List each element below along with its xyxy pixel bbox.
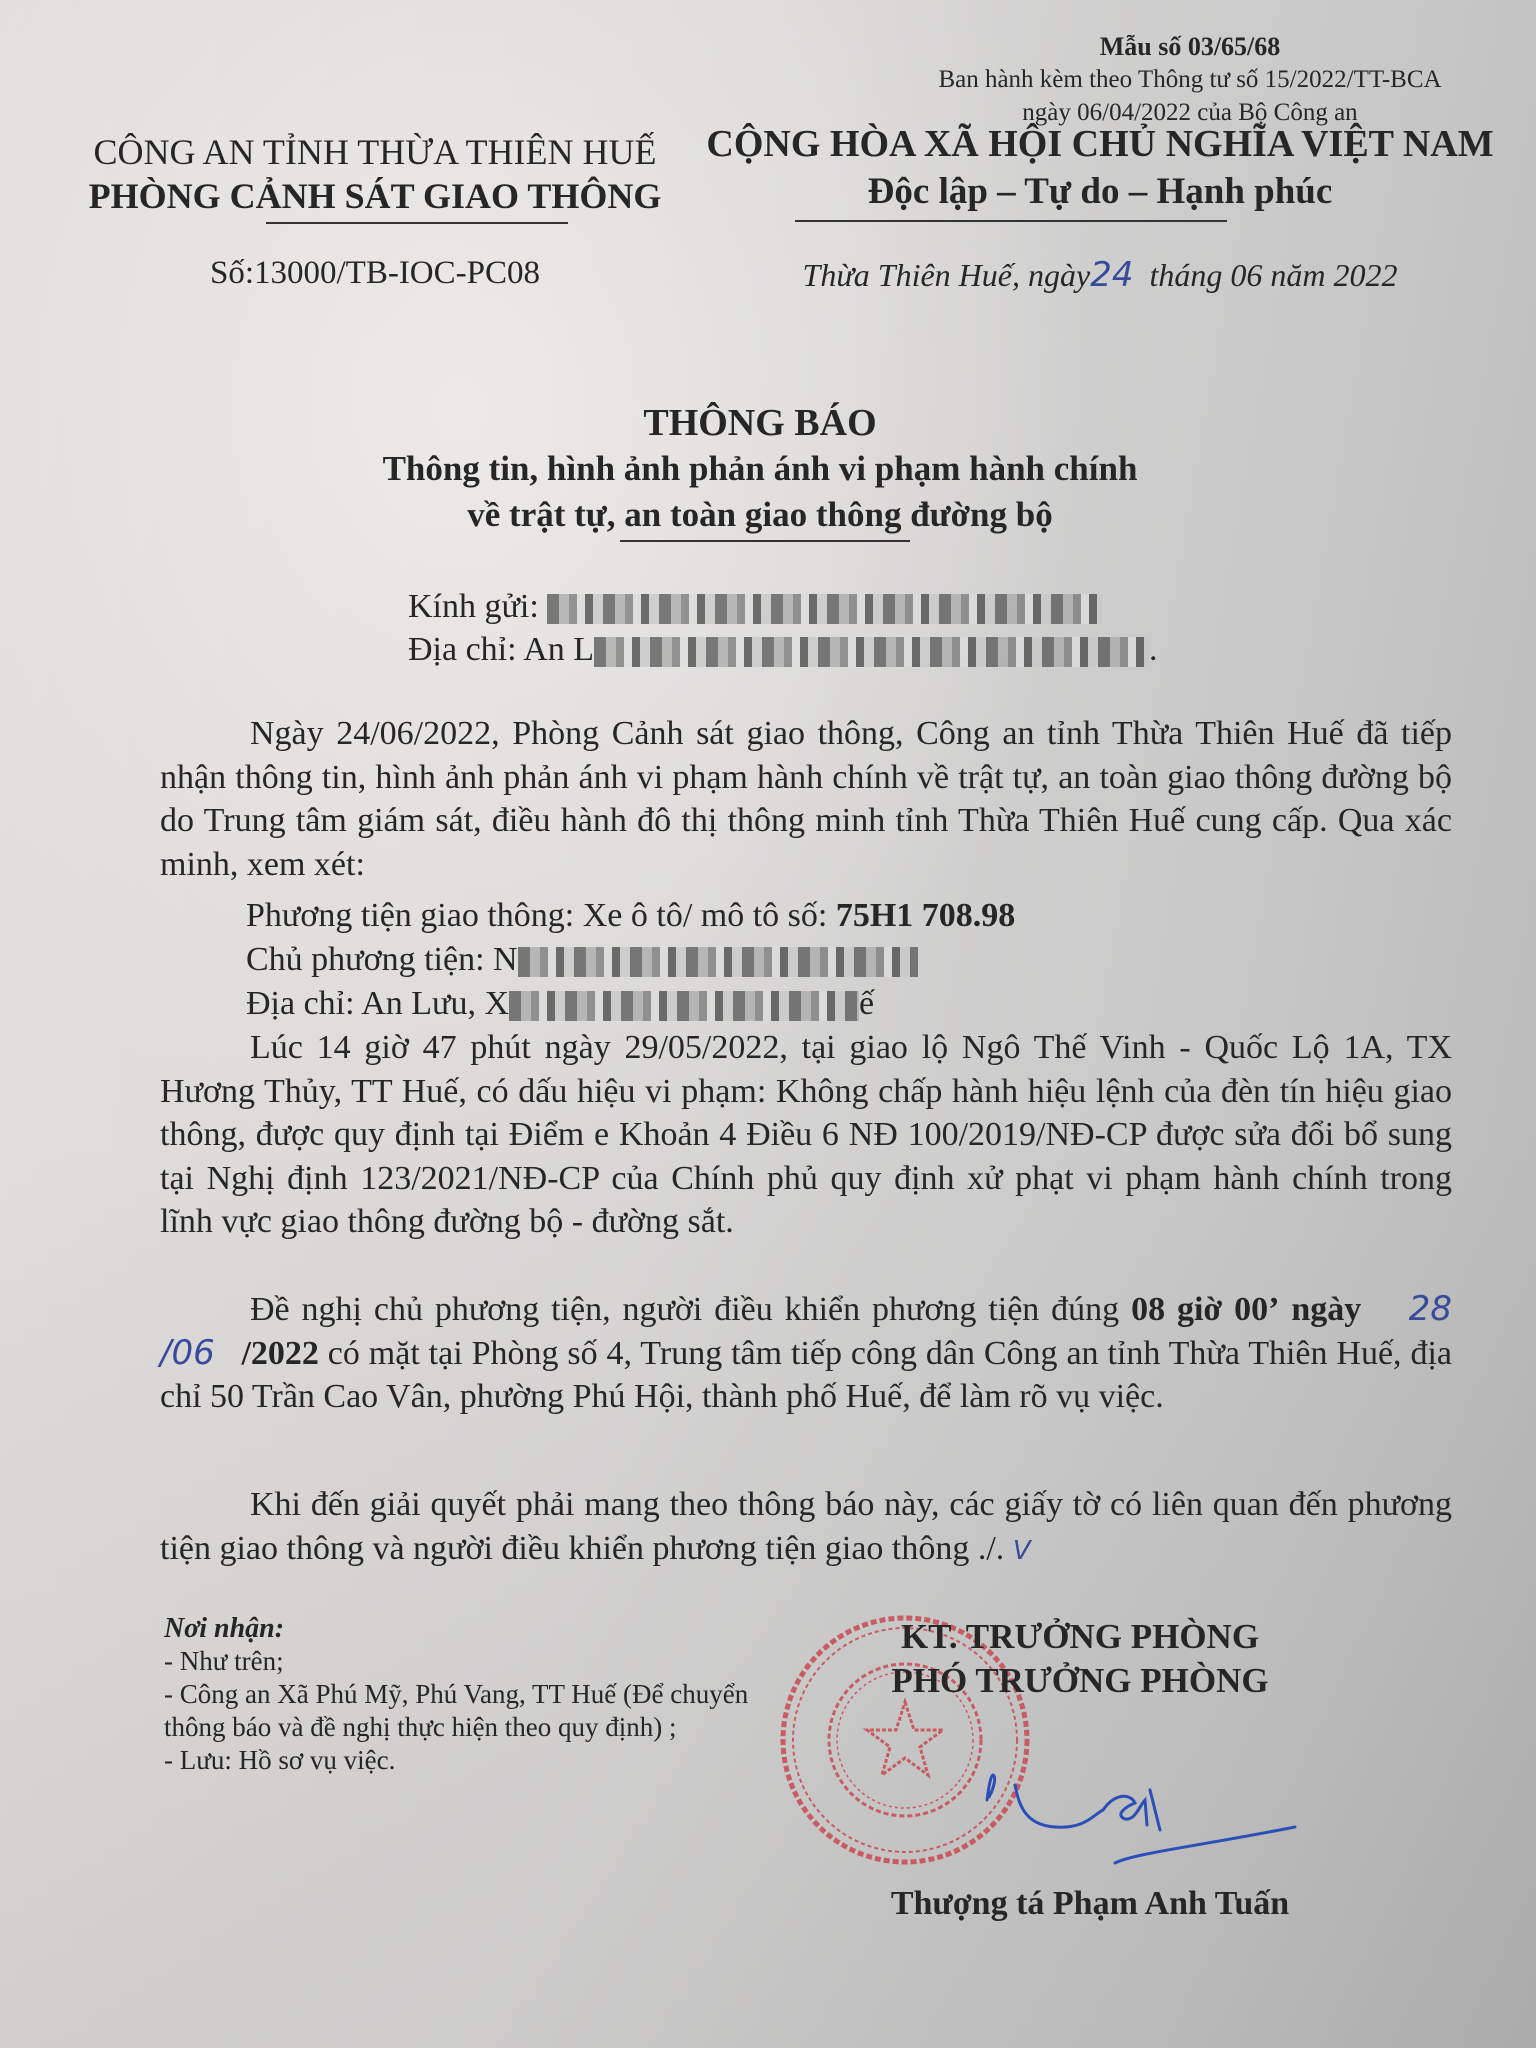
vehicle-line: Phương tiện giao thông: Xe ô tô/ mô tô s… bbox=[246, 894, 1446, 938]
nation-motto: Độc lập – Tự do – Hạnh phúc bbox=[700, 168, 1500, 216]
recipients-heading: Nơi nhận: bbox=[164, 1612, 774, 1645]
agency-parent: CÔNG AN TỈNH THỪA THIÊN HUẾ bbox=[70, 130, 680, 174]
recipient-address-label: Địa chỉ: bbox=[408, 631, 517, 668]
date-prefix: Thừa Thiên Huế, ngày bbox=[803, 257, 1091, 293]
form-number: Mẫu số 03/65/68 bbox=[880, 30, 1500, 63]
request-paragraph: Đề nghị chủ phương tiện, người điều khiể… bbox=[160, 1288, 1452, 1419]
redacted-owner-name bbox=[518, 947, 918, 977]
signature-title-1: KT. TRƯỞNG PHÒNG bbox=[800, 1615, 1360, 1659]
motto-underline bbox=[795, 220, 1227, 222]
agency-underline bbox=[266, 222, 568, 224]
title-underline bbox=[620, 540, 910, 542]
request-time: 08 giờ 00’ bbox=[1131, 1291, 1279, 1328]
request-day-label: ngày bbox=[1291, 1291, 1361, 1328]
signature-title: KT. TRƯỞNG PHÒNG PHÓ TRƯỞNG PHÒNG bbox=[800, 1615, 1360, 1703]
title-subtitle-1: Thông tin, hình ảnh phản ánh vi phạm hàn… bbox=[300, 446, 1220, 492]
date-suffix: tháng 06 năm 2022 bbox=[1149, 257, 1397, 293]
recipients-item: - Công an Xã Phú Mỹ, Phú Vang, TT Huế (Đ… bbox=[164, 1678, 774, 1744]
owner-address-start: An Lưu, X bbox=[361, 985, 509, 1022]
owner-address-line: Địa chỉ: An Lưu, Xế bbox=[246, 982, 1446, 1026]
form-note: Mẫu số 03/65/68 Ban hành kèm theo Thông … bbox=[880, 30, 1500, 129]
document-number: Số:13000/TB-IOC-PC08 bbox=[70, 255, 680, 292]
owner-line: Chủ phương tiện: N bbox=[246, 938, 1446, 982]
recipients-list: Nơi nhận: - Như trên; - Công an Xã Phú M… bbox=[164, 1612, 774, 1777]
recipient-to: Kính gửi: bbox=[408, 585, 1208, 628]
request-day-handwritten: 28 bbox=[1409, 1289, 1452, 1329]
vehicle-plate: 75H1 708.98 bbox=[836, 897, 1015, 934]
owner-address-label: Địa chỉ: bbox=[246, 985, 355, 1022]
intro-paragraph: Ngày 24/06/2022, Phòng Cảnh sát giao thô… bbox=[160, 712, 1452, 886]
closing-initial-handwritten: V bbox=[1013, 1536, 1031, 1566]
date-day-handwritten: 24 bbox=[1090, 255, 1133, 295]
request-month-handwritten: /06 bbox=[160, 1333, 215, 1373]
owner-address-end: ế bbox=[859, 985, 874, 1022]
closing-text: Khi đến giải quyết phải mang theo thông … bbox=[160, 1486, 1452, 1567]
recipient-address-start: An L bbox=[523, 631, 594, 668]
issue-date: Thừa Thiên Huế, ngày24 tháng 06 năm 2022 bbox=[700, 255, 1500, 295]
signer-name: Thượng tá Phạm Anh Tuấn bbox=[820, 1885, 1360, 1923]
title-main: THÔNG BÁO bbox=[300, 400, 1220, 446]
request-year: /2022 bbox=[241, 1335, 318, 1372]
violation-paragraph: Lúc 14 giờ 47 phút ngày 29/05/2022, tại … bbox=[160, 1026, 1452, 1244]
document-title: THÔNG BÁO Thông tin, hình ảnh phản ánh v… bbox=[300, 400, 1220, 538]
handwritten-signature-icon bbox=[975, 1745, 1305, 1865]
recipient-to-label: Kính gửi: bbox=[408, 588, 539, 625]
agency-header: CÔNG AN TỈNH THỪA THIÊN HUẾ PHÒNG CẢNH S… bbox=[70, 130, 680, 218]
title-subtitle-2: về trật tự, an toàn giao thông đường bộ bbox=[300, 492, 1220, 538]
redacted-recipient-address bbox=[594, 637, 1149, 667]
nation-name: CỘNG HÒA XÃ HỘI CHỦ NGHĨA VIỆT NAM bbox=[700, 120, 1500, 168]
redacted-owner-address bbox=[509, 991, 859, 1021]
recipient-address-end: . bbox=[1149, 631, 1158, 668]
closing-paragraph: Khi đến giải quyết phải mang theo thông … bbox=[160, 1483, 1452, 1573]
form-issued-with: Ban hành kèm theo Thông tư số 15/2022/TT… bbox=[880, 63, 1500, 96]
request-text-2: có mặt tại Phòng số 4, Trung tâm tiếp cô… bbox=[160, 1335, 1452, 1416]
owner-start: N bbox=[493, 941, 518, 978]
recipients-item: - Lưu: Hồ sơ vụ việc. bbox=[164, 1744, 774, 1777]
signature-title-2: PHÓ TRƯỞNG PHÒNG bbox=[800, 1659, 1360, 1703]
agency-name: PHÒNG CẢNH SÁT GIAO THÔNG bbox=[70, 174, 680, 218]
recipient-address: Địa chỉ: An L. bbox=[408, 628, 1208, 671]
recipients-item: - Như trên; bbox=[164, 1645, 774, 1678]
redacted-recipient-name bbox=[547, 594, 1102, 624]
vehicle-label: Phương tiện giao thông: Xe ô tô/ mô tô s… bbox=[246, 897, 827, 934]
request-text-1: Đề nghị chủ phương tiện, người điều khiể… bbox=[250, 1291, 1119, 1328]
recipient-block: Kính gửi: Địa chỉ: An L. bbox=[408, 585, 1208, 671]
nation-header: CỘNG HÒA XÃ HỘI CHỦ NGHĨA VIỆT NAM Độc l… bbox=[700, 120, 1500, 216]
owner-label: Chủ phương tiện: bbox=[246, 941, 485, 978]
